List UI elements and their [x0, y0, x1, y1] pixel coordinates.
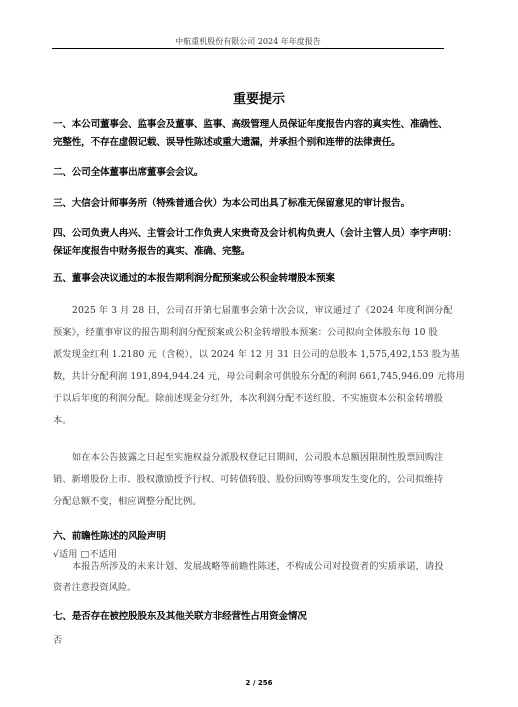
section-5-para-1-line: 预案》，经董事审议的报告期利润分配预案或公积金转增股本预案：公司拟向全体股东每 … [53, 324, 438, 338]
section-4-line-2: 保证年度报告中财务报告的真实、准确、完整。 [53, 243, 250, 257]
running-header: 中航重机股份有限公司 2024 年年度报告 [52, 36, 444, 47]
section-5-para-1-line: 本。 [53, 412, 72, 426]
page-title: 重要提示 [0, 88, 518, 107]
section-5-para-1-line: 数，共计分配利润 191,894,944.24 元，母公司剩余可供股东分配的利润… [53, 368, 465, 382]
section-5-para-1-line: 于以后年度的利润分配。除前述现金分红外，本次利润分配不送红股、不实施资本公积金转… [53, 390, 443, 404]
section-5-para-2-line: 分配总额不变，相应调整分配比例。 [53, 493, 202, 507]
section-5-para-1-line: 派发现金红利 1.2180 元（含税），以 2024 年 12 月 31 日公司… [53, 346, 460, 360]
section-2-heading: 二、公司全体董事出席董事会会议。 [53, 164, 203, 178]
page-number: 2 / 256 [0, 679, 518, 687]
section-7-heading: 七、是否存在被控股股东及其他关联方非经营性占用资金情况 [53, 608, 307, 622]
section-5-para-2-line: 如在本公告披露之日起至实施权益分派股权登记日期间，公司股本总额因限制性股票回购注 [72, 449, 444, 463]
section-1-line-1: 一、本公司董事会、监事会及董事、监事、高级管理人员保证年度报告内容的真实性、准确… [53, 116, 448, 130]
section-4-line-1: 四、公司负责人冉兴、主管会计工作负责人宋贵奇及会计机构负责人（会计主管人员）李宇… [53, 225, 457, 239]
section-5-para-2-line: 销、新增股份上市、股权激励授予行权、可转债转股、股份回购等事项发生变化的，公司拟… [53, 471, 443, 485]
section-6-para-line: 资者注意投资风险。 [53, 579, 137, 593]
section-5-heading: 五、董事会决议通过的本报告期利润分配预案或公积金转增股本预案 [53, 270, 335, 284]
section-6-heading: 六、前瞻性陈述的风险声明 [53, 528, 166, 542]
section-7-answer: 否 [53, 632, 62, 646]
section-6-para-line: 本报告所涉及的未来计划、发展战略等前瞻性陈述，不构成公司对投资者的实质承诺，请投 [72, 558, 444, 572]
section-3-heading: 三、大信会计师事务所（特殊普通合伙）为本公司出具了标准无保留意见的审计报告。 [53, 195, 410, 209]
section-5-para-1-line: 2025 年 3 月 28 日，公司召开第七届董事会第十次会议，审议通过了《20… [72, 302, 453, 316]
header-divider [52, 48, 444, 49]
section-1-line-2: 完整性，不存在虚假记载、误导性陈述或重大遗漏，并承担个别和连带的法律责任。 [53, 134, 401, 148]
